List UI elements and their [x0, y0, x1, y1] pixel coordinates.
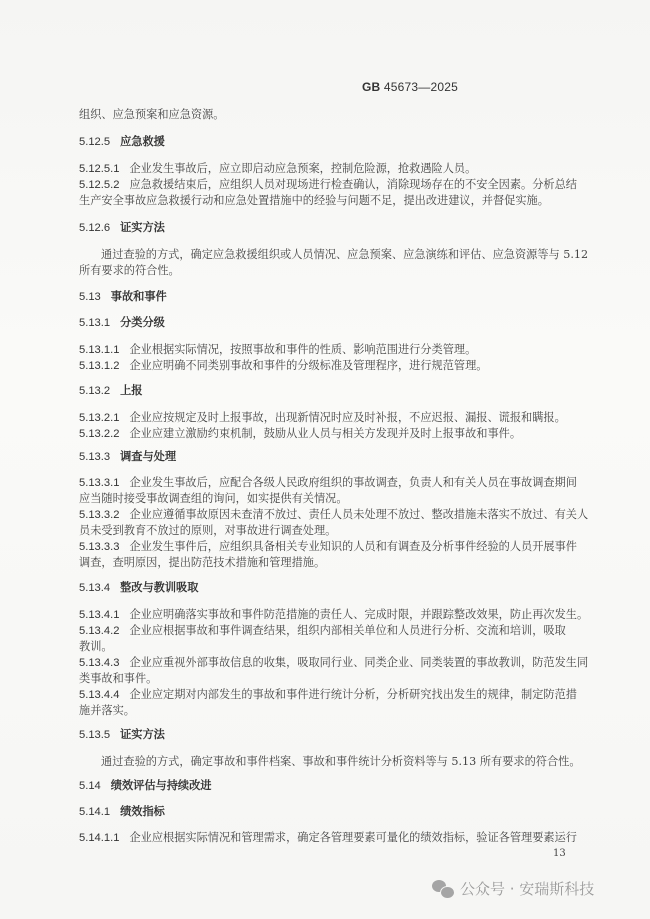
heading-5-12-6: 5.12.6证实方法 [79, 221, 165, 235]
clause-number: 5.13.2.2 [79, 427, 119, 441]
standard-number: 45673—2025 [384, 80, 458, 94]
continued-paragraph: 组织、应急预案和应急资源。 [79, 108, 579, 122]
clause-5-13-3-2: 5.13.3.2企业应遵循事故原因未查清不放过、责任人员未处理不放过、整改措施未… [79, 508, 579, 522]
clause-text: 企业应根据事故和事件调查结果，组织内部相关单位和人员进行分析、交流和培训，吸取 [129, 624, 565, 637]
clause-text: 应急救援结束后，应组织人员对现场进行检查确认，消除现场存在的不安全因素。分析总结 [129, 178, 577, 191]
clause-number: 5.13.3.2 [79, 508, 119, 522]
heading-title: 上报 [120, 384, 142, 397]
heading-number: 5.13.5 [79, 729, 110, 741]
clause-number: 5.13.4.3 [79, 656, 119, 670]
paragraph-5-12-6-continued: 所有要求的符合性。 [79, 264, 579, 278]
clause-text: 企业应明确不同类别事故和事件的分级标准及管理程序，进行规范管理。 [129, 359, 487, 372]
clause-number: 5.13.1.2 [79, 359, 119, 373]
heading-number: 5.13.4 [79, 582, 110, 594]
clause-5-13-4-3: 5.13.4.3企业应重视外部事故信息的收集，吸取同行业、同类企业、同类装置的事… [79, 656, 579, 670]
clause-number: 5.13.2.1 [79, 411, 119, 425]
watermark: 公众号 · 安瑞斯科技 [432, 878, 594, 899]
heading-title: 绩效指标 [120, 805, 165, 818]
heading-number: 5.13 [79, 291, 101, 303]
clause-number: 5.13.4.1 [79, 608, 119, 622]
heading-number: 5.12.6 [79, 222, 110, 234]
page-number: 13 [553, 848, 566, 859]
clause-5-13-4-4: 5.13.4.4企业应定期对内部发生的事故和事件进行统计分析，分析研究找出发生的… [79, 688, 579, 702]
watermark-text: 公众号 · 安瑞斯科技 [460, 878, 594, 899]
clause-5-13-4-2-continued: 教训。 [79, 640, 579, 654]
heading-5-13-5: 5.13.5证实方法 [79, 728, 165, 742]
clause-number: 5.12.5.1 [79, 162, 119, 176]
paragraph-5-13-5: 通过查验的方式，确定事故和事件档案、事故和事件统计分析资料等与 5.13 所有要… [79, 755, 601, 769]
clause-number: 5.12.5.2 [79, 178, 119, 192]
clause-text: 企业应定期对内部发生的事故和事件进行统计分析，分析研究找出发生的规律，制定防范措 [129, 688, 577, 701]
clause-5-13-4-4-continued: 施并落实。 [79, 704, 579, 718]
clause-text: 企业发生事故后，应配合各级人民政府组织的事故调查，负责人和有关人员在事故调查期间 [129, 476, 577, 489]
heading-title: 绩效评估与持续改进 [111, 779, 212, 792]
clause-5-13-3-1-continued: 应当随时接受事故调查组的询问，如实提供有关情况。 [79, 492, 579, 506]
clause-text: 企业应建立激励约束机制，鼓励从业人员与相关方发现并及时上报事故和事件。 [129, 427, 521, 440]
clause-number: 5.13.3.1 [79, 476, 119, 490]
heading-title: 证实方法 [120, 728, 165, 741]
clause-number: 5.13.4.4 [79, 688, 119, 702]
clause-number: 5.13.1.1 [79, 343, 119, 357]
heading-number: 5.13.1 [79, 317, 110, 329]
clause-5-13-2-2: 5.13.2.2企业应建立激励约束机制，鼓励从业人员与相关方发现并及时上报事故和… [79, 427, 579, 441]
standard-prefix: GB [362, 80, 380, 94]
standard-code: GB 45673—2025 [362, 80, 458, 94]
heading-title: 调查与处理 [120, 450, 176, 463]
clause-5-13-1-1: 5.13.1.1企业根据实际情况，按照事故和事件的性质、影响范围进行分类管理。 [79, 343, 579, 357]
heading-title: 应急救援 [120, 135, 165, 148]
heading-number: 5.14.1 [79, 806, 110, 818]
wechat-icon [432, 880, 454, 898]
heading-5-14-1: 5.14.1绩效指标 [79, 805, 165, 819]
clause-text: 企业应按规定及时上报事故，出现新情况时应及时补报，不应迟报、漏报、谎报和瞒报。 [129, 411, 565, 424]
heading-number: 5.12.5 [79, 136, 110, 148]
clause-number: 5.14.1.1 [79, 831, 119, 845]
heading-5-12-5: 5.12.5应急救援 [79, 135, 165, 149]
clause-text: 企业根据实际情况，按照事故和事件的性质、影响范围进行分类管理。 [129, 343, 476, 356]
heading-5-13-4: 5.13.4整改与教训吸取 [79, 581, 198, 595]
clause-text: 企业应重视外部事故信息的收集，吸取同行业、同类企业、同类装置的事故教训，防范发生… [129, 656, 588, 669]
clause-5-13-1-2: 5.13.1.2企业应明确不同类别事故和事件的分级标准及管理程序，进行规范管理。 [79, 359, 579, 373]
heading-5-14: 5.14绩效评估与持续改进 [79, 779, 211, 793]
clause-5-13-3-2-continued: 员未受到教育不放过的原则，对事故进行调查处理。 [79, 524, 579, 538]
clause-number: 5.13.4.2 [79, 624, 119, 638]
paragraph-5-12-6: 通过查验的方式，确定应急救援组织或人员情况、应急预案、应急演练和评估、应急资源等… [79, 248, 601, 262]
clause-5-13-3-3: 5.13.3.3企业发生事件后，应组织具备相关专业知识的人员和有调查及分析事件经… [79, 540, 579, 554]
heading-5-13-1: 5.13.1分类分级 [79, 316, 165, 330]
clause-text: 企业应明确落实事故和事件防范措施的责任人、完成时限，并跟踪整改效果，防止再次发生… [129, 608, 588, 621]
heading-5-13: 5.13事故和事件 [79, 290, 167, 304]
clause-text: 企业发生事件后，应组织具备相关专业知识的人员和有调查及分析事件经验的人员开展事件 [129, 540, 577, 553]
document-page: GB 45673—2025 组织、应急预案和应急资源。 5.12.5应急救援 5… [0, 0, 650, 919]
heading-number: 5.13.2 [79, 385, 110, 397]
clause-5-13-3-1: 5.13.3.1企业发生事故后，应配合各级人民政府组织的事故调查，负责人和有关人… [79, 476, 579, 490]
heading-number: 5.14 [79, 780, 101, 792]
heading-5-13-2: 5.13.2上报 [79, 384, 143, 398]
clause-5-13-4-1: 5.13.4.1企业应明确落实事故和事件防范措施的责任人、完成时限，并跟踪整改效… [79, 608, 579, 622]
heading-5-13-3: 5.13.3调查与处理 [79, 450, 176, 464]
heading-title: 事故和事件 [111, 290, 167, 303]
clause-5-12-5-2: 5.12.5.2应急救援结束后，应组织人员对现场进行检查确认，消除现场存在的不安… [79, 178, 579, 192]
clause-text: 企业应根据实际情况和管理需求，确定各管理要素可量化的绩效指标，验证各管理要素运行 [129, 831, 577, 844]
clause-text: 企业应遵循事故原因未查清不放过、责任人员未处理不放过、整改措施未落实不放过、有关… [129, 508, 588, 521]
clause-5-13-4-2: 5.13.4.2企业应根据事故和事件调查结果，组织内部相关单位和人员进行分析、交… [79, 624, 579, 638]
clause-5-13-2-1: 5.13.2.1企业应按规定及时上报事故，出现新情况时应及时补报，不应迟报、漏报… [79, 411, 579, 425]
clause-5-12-5-1: 5.12.5.1企业发生事故后，应立即启动应急预案，控制危险源，抢救遇险人员。 [79, 162, 579, 176]
clause-text: 企业发生事故后，应立即启动应急预案，控制危险源，抢救遇险人员。 [129, 162, 476, 175]
heading-title: 证实方法 [120, 221, 165, 234]
clause-5-13-3-3-continued: 调查，查明原因，提出防范技术措施和管理措施。 [79, 556, 579, 570]
clause-5-13-4-3-continued: 类事故和事件。 [79, 672, 579, 686]
clause-5-14-1-1: 5.14.1.1企业应根据实际情况和管理需求，确定各管理要素可量化的绩效指标，验… [79, 831, 579, 845]
heading-title: 整改与教训吸取 [120, 581, 198, 594]
heading-title: 分类分级 [120, 316, 165, 329]
clause-number: 5.13.3.3 [79, 540, 119, 554]
clause-5-12-5-2-continued: 生产安全事故应急救援行动和应急处置措施中的经验与问题不足，提出改进建议，并督促实… [79, 194, 579, 208]
heading-number: 5.13.3 [79, 451, 110, 463]
